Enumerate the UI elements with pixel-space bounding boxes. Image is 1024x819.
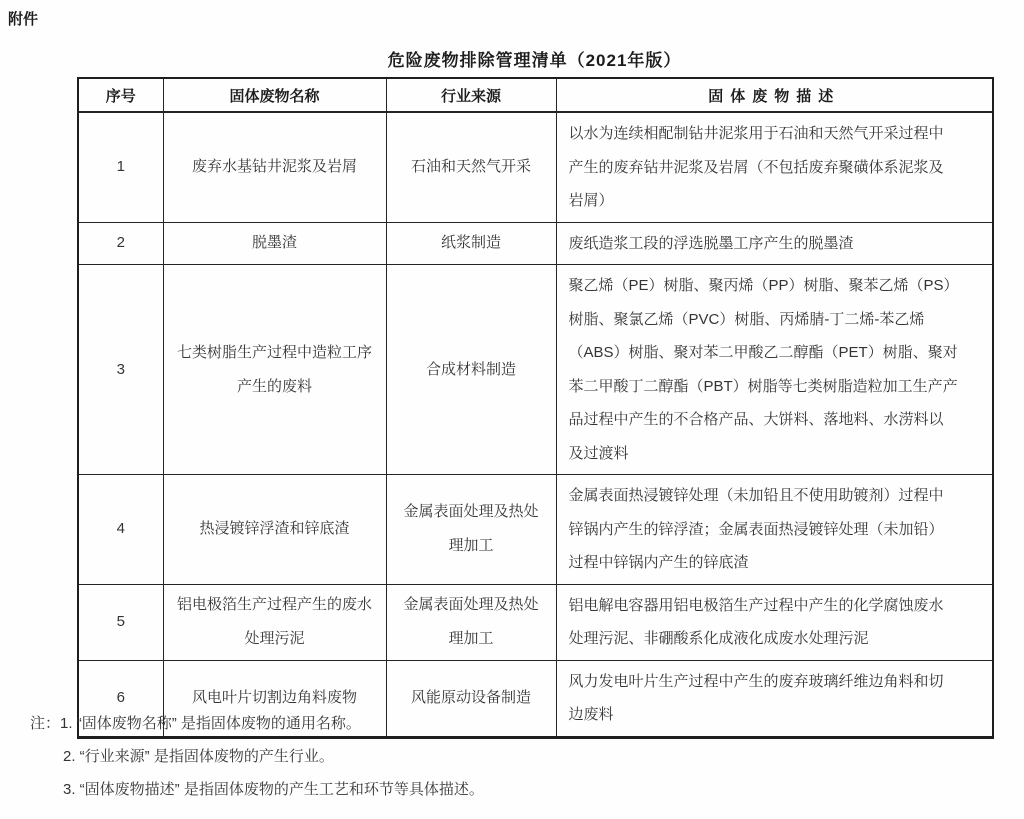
table-row: 4 热浸镀锌浮渣和锌底渣 金属表面处理及热处理加工 金属表面热浸镀锌处理（未加铅…	[78, 475, 993, 585]
waste-description-cell: 废纸造浆工段的浮选脱墨工序产生的脱墨渣	[556, 222, 993, 265]
attachment-label: 附件	[8, 8, 38, 29]
footnotes: 注：1. “固体废物名称” 是指固体废物的通用名称。 2. “行业来源” 是指固…	[30, 707, 990, 806]
row-number-cell: 2	[78, 222, 163, 265]
row-number-cell: 4	[78, 475, 163, 585]
table-row: 2 脱墨渣 纸浆制造 废纸造浆工段的浮选脱墨工序产生的脱墨渣	[78, 222, 993, 265]
row-number-cell: 3	[78, 265, 163, 475]
table-row: 1 废弃水基钻井泥浆及岩屑 石油和天然气开采 以水为连续相配制钻井泥浆用于石油和…	[78, 112, 993, 222]
waste-description-cell: 金属表面热浸镀锌处理（未加铅且不使用助镀剂）过程中锌锅内产生的锌浮渣；金属表面热…	[556, 475, 993, 585]
page-title: 危险废物排除管理清单（2021年版）	[77, 46, 992, 71]
header-serial-number: 序号	[78, 78, 163, 112]
row-number-cell: 1	[78, 112, 163, 222]
row-number-cell: 5	[78, 584, 163, 660]
industry-source-cell: 合成材料制造	[386, 265, 556, 475]
waste-description-cell: 以水为连续相配制钻井泥浆用于石油和天然气开采过程中产生的废弃钻井泥浆及岩屑（不包…	[556, 112, 993, 222]
header-waste-description: 固体废物描述	[556, 78, 993, 112]
note-item: 注：1. “固体废物名称” 是指固体废物的通用名称。	[30, 707, 990, 740]
header-industry-source: 行业来源	[386, 78, 556, 112]
notes-label: 注：	[30, 715, 60, 732]
waste-name-cell: 七类树脂生产过程中造粒工序产生的废料	[163, 265, 386, 475]
document-page: 附件 危险废物排除管理清单（2021年版） 序号 固体废物名称 行业来源 固体废…	[0, 0, 1024, 819]
industry-source-cell: 金属表面处理及热处理加工	[386, 475, 556, 585]
table-header-row: 序号 固体废物名称 行业来源 固体废物描述	[78, 78, 993, 112]
industry-source-cell: 石油和天然气开采	[386, 112, 556, 222]
waste-name-cell: 铝电极箔生产过程产生的废水处理污泥	[163, 584, 386, 660]
table-row: 3 七类树脂生产过程中造粒工序产生的废料 合成材料制造 聚乙烯（PE）树脂、聚丙…	[78, 265, 993, 475]
waste-name-cell: 脱墨渣	[163, 222, 386, 265]
waste-name-cell: 废弃水基钻井泥浆及岩屑	[163, 112, 386, 222]
waste-description-cell: 铝电解电容器用铝电极箔生产过程中产生的化学腐蚀废水处理污泥、非硼酸系化成液化成废…	[556, 584, 993, 660]
table-row: 5 铝电极箔生产过程产生的废水处理污泥 金属表面处理及热处理加工 铝电解电容器用…	[78, 584, 993, 660]
industry-source-cell: 金属表面处理及热处理加工	[386, 584, 556, 660]
header-waste-name: 固体废物名称	[163, 78, 386, 112]
note-text: 2. “行业来源” 是指固体废物的产生行业。	[63, 748, 334, 765]
waste-description-cell: 聚乙烯（PE）树脂、聚丙烯（PP）树脂、聚苯乙烯（PS）树脂、聚氯乙烯（PVC）…	[556, 265, 993, 475]
note-item: 2. “行业来源” 是指固体废物的产生行业。	[30, 740, 990, 773]
note-text: 1. “固体废物名称” 是指固体废物的通用名称。	[60, 715, 361, 732]
note-item: 3. “固体废物描述” 是指固体废物的产生工艺和环节等具体描述。	[30, 773, 990, 806]
note-text: 3. “固体废物描述” 是指固体废物的产生工艺和环节等具体描述。	[63, 781, 484, 798]
industry-source-cell: 纸浆制造	[386, 222, 556, 265]
waste-list-table: 序号 固体废物名称 行业来源 固体废物描述 1 废弃水基钻井泥浆及岩屑 石油和天…	[77, 77, 994, 739]
waste-name-cell: 热浸镀锌浮渣和锌底渣	[163, 475, 386, 585]
